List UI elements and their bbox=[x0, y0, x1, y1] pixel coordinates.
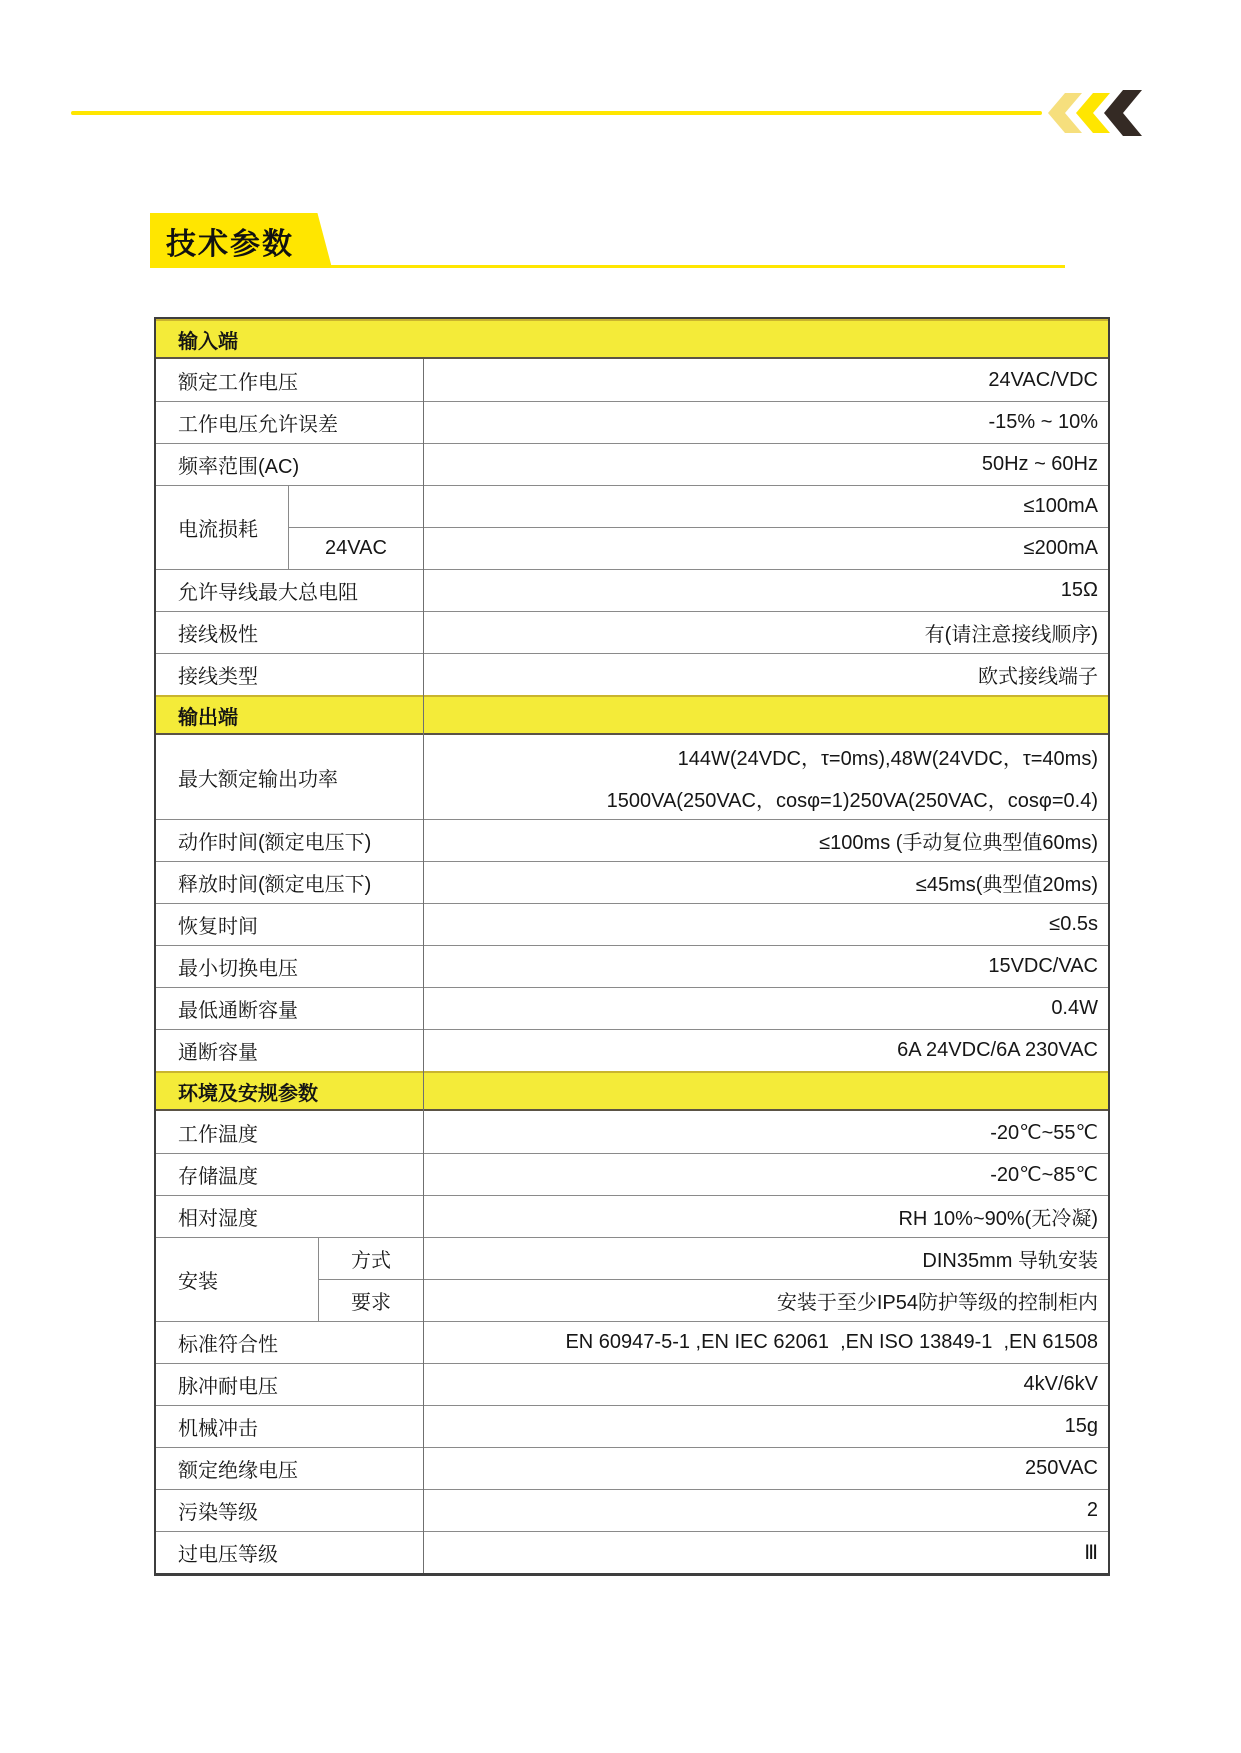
section-title: 输入端 bbox=[178, 325, 238, 354]
row-value: 4kV/6kV bbox=[423, 1364, 1108, 1405]
sub-label: 方式 bbox=[319, 1238, 423, 1279]
sub-value: ≤200mA bbox=[423, 527, 1108, 569]
table-row: 脉冲耐电压 4kV/6kV bbox=[156, 1363, 1108, 1405]
table-row-installation: 安装 方式 要求 DIN35mm 导轨安装 安装于至少IP54防护等级的控制柜内 bbox=[156, 1237, 1108, 1321]
table-row: 相对湿度 RH 10%~90%(无冷凝) bbox=[156, 1195, 1108, 1237]
row-value: 15Ω bbox=[423, 570, 1108, 611]
table-row: 污染等级 2 bbox=[156, 1489, 1108, 1531]
table-row: 机械冲击 15g bbox=[156, 1405, 1108, 1447]
row-value: -20℃~85℃ bbox=[423, 1154, 1108, 1195]
row-label: 动作时间(额定电压下) bbox=[156, 820, 423, 861]
row-label: 过电压等级 bbox=[156, 1532, 423, 1573]
table-row: 恢复时间 ≤0.5s bbox=[156, 903, 1108, 945]
row-value: -20℃~55℃ bbox=[423, 1111, 1108, 1153]
row-value-multiline: 144W(24VDC，τ=0ms),48W(24VDC，τ=40ms) 1500… bbox=[423, 735, 1108, 819]
table-row: 额定绝缘电压 250VAC bbox=[156, 1447, 1108, 1489]
row-label: 工作温度 bbox=[156, 1111, 423, 1153]
title-underline bbox=[150, 265, 1065, 268]
row-label: 额定工作电压 bbox=[156, 359, 423, 401]
sub-label bbox=[289, 486, 423, 527]
row-label: 最小切换电压 bbox=[156, 946, 423, 987]
row-label: 机械冲击 bbox=[156, 1406, 423, 1447]
table-row-max-output-power: 最大额定输出功率 144W(24VDC，τ=0ms),48W(24VDC，τ=4… bbox=[156, 735, 1108, 819]
sub-value: DIN35mm 导轨安装 bbox=[423, 1238, 1108, 1279]
row-value: 2 bbox=[423, 1490, 1108, 1531]
table-row: 工作温度 -20℃~55℃ bbox=[156, 1111, 1108, 1153]
row-value-line: 144W(24VDC，τ=0ms),48W(24VDC，τ=40ms) bbox=[423, 735, 1108, 777]
row-value: 6A 24VDC/6A 230VAC bbox=[423, 1030, 1108, 1071]
row-value: 250VAC bbox=[423, 1448, 1108, 1489]
top-accent-rule bbox=[71, 111, 1042, 115]
table-row: 存储温度 -20℃~85℃ bbox=[156, 1153, 1108, 1195]
sub-value: ≤100mA bbox=[423, 486, 1108, 527]
table-row: 允许导线最大总电阻 15Ω bbox=[156, 569, 1108, 611]
page: { "header": { "title": "技术参数", "accent_y… bbox=[0, 0, 1241, 1753]
table-row: 动作时间(额定电压下) ≤100ms (手动复位典型值60ms) bbox=[156, 819, 1108, 861]
table-row-current-consumption: 电流损耗 24VAC ≤100mA ≤200mA bbox=[156, 485, 1108, 569]
row-value: ≤100ms (手动复位典型值60ms) bbox=[423, 820, 1108, 861]
page-title-box: 技术参数 bbox=[150, 213, 332, 268]
row-label: 标准符合性 bbox=[156, 1322, 423, 1363]
page-title: 技术参数 bbox=[166, 219, 294, 263]
row-label: 工作电压允许误差 bbox=[156, 402, 423, 443]
row-value: 15VDC/VAC bbox=[423, 946, 1108, 987]
row-value: 有(请注意接线顺序) bbox=[423, 612, 1108, 653]
row-label: 释放时间(额定电压下) bbox=[156, 862, 423, 903]
row-label: 最低通断容量 bbox=[156, 988, 423, 1029]
section-title: 环境及安规参数 bbox=[178, 1077, 318, 1106]
row-value-line: 1500VA(250VAC，cosφ=1)250VA(250VAC，cosφ=0… bbox=[423, 777, 1108, 819]
table-row: 工作电压允许误差 -15% ~ 10% bbox=[156, 401, 1108, 443]
chevrons-icon bbox=[1048, 90, 1152, 136]
row-label: 相对湿度 bbox=[156, 1196, 423, 1237]
spec-table: 输入端 额定工作电压 24VAC/VDC 工作电压允许误差 -15% ~ 10%… bbox=[154, 317, 1110, 1576]
section-header-input: 输入端 bbox=[156, 319, 1108, 359]
row-label: 安装 bbox=[156, 1238, 318, 1321]
table-row: 频率范围(AC) 50Hz ~ 60Hz bbox=[156, 443, 1108, 485]
sub-label-column: 方式 要求 bbox=[318, 1238, 423, 1321]
sub-value-column: ≤100mA ≤200mA bbox=[423, 486, 1108, 569]
row-label: 额定绝缘电压 bbox=[156, 1448, 423, 1489]
row-label: 允许导线最大总电阻 bbox=[156, 570, 423, 611]
row-label: 最大额定输出功率 bbox=[156, 735, 423, 819]
row-label: 存储温度 bbox=[156, 1154, 423, 1195]
table-row: 释放时间(额定电压下) ≤45ms(典型值20ms) bbox=[156, 861, 1108, 903]
row-value: 24VAC/VDC bbox=[423, 359, 1108, 401]
row-value: 0.4W bbox=[423, 988, 1108, 1029]
table-row: 通断容量 6A 24VDC/6A 230VAC bbox=[156, 1029, 1108, 1071]
section-title: 输出端 bbox=[178, 701, 238, 730]
row-value: Ⅲ bbox=[423, 1532, 1108, 1573]
row-value: EN 60947-5-1 ,EN IEC 62061 ,EN ISO 13849… bbox=[423, 1322, 1108, 1363]
row-label: 频率范围(AC) bbox=[156, 444, 423, 485]
table-row: 额定工作电压 24VAC/VDC bbox=[156, 359, 1108, 401]
sub-label-column: 24VAC bbox=[288, 486, 423, 569]
sub-value: 安装于至少IP54防护等级的控制柜内 bbox=[423, 1279, 1108, 1321]
column-divider bbox=[423, 359, 424, 1573]
row-label: 接线极性 bbox=[156, 612, 423, 653]
table-row: 最低通断容量 0.4W bbox=[156, 987, 1108, 1029]
row-label: 接线类型 bbox=[156, 654, 423, 695]
row-value: 欧式接线端子 bbox=[423, 654, 1108, 695]
section-header-environment: 环境及安规参数 bbox=[156, 1071, 1108, 1111]
row-label: 污染等级 bbox=[156, 1490, 423, 1531]
table-row: 最小切换电压 15VDC/VAC bbox=[156, 945, 1108, 987]
table-row: 接线极性 有(请注意接线顺序) bbox=[156, 611, 1108, 653]
row-label: 通断容量 bbox=[156, 1030, 423, 1071]
table-row: 接线类型 欧式接线端子 bbox=[156, 653, 1108, 695]
row-value: RH 10%~90%(无冷凝) bbox=[423, 1196, 1108, 1237]
row-value: -15% ~ 10% bbox=[423, 402, 1108, 443]
sub-label: 要求 bbox=[319, 1279, 423, 1321]
row-label: 脉冲耐电压 bbox=[156, 1364, 423, 1405]
row-label: 电流损耗 bbox=[156, 486, 288, 569]
table-row: 过电压等级 Ⅲ bbox=[156, 1531, 1108, 1573]
section-header-output: 输出端 bbox=[156, 695, 1108, 735]
row-value: ≤45ms(典型值20ms) bbox=[423, 862, 1108, 903]
row-label: 恢复时间 bbox=[156, 904, 423, 945]
row-value: ≤0.5s bbox=[423, 904, 1108, 945]
table-row: 标准符合性 EN 60947-5-1 ,EN IEC 62061 ,EN ISO… bbox=[156, 1321, 1108, 1363]
row-value: 50Hz ~ 60Hz bbox=[423, 444, 1108, 485]
sub-value-column: DIN35mm 导轨安装 安装于至少IP54防护等级的控制柜内 bbox=[423, 1238, 1108, 1321]
sub-label: 24VAC bbox=[289, 527, 423, 569]
row-value: 15g bbox=[423, 1406, 1108, 1447]
